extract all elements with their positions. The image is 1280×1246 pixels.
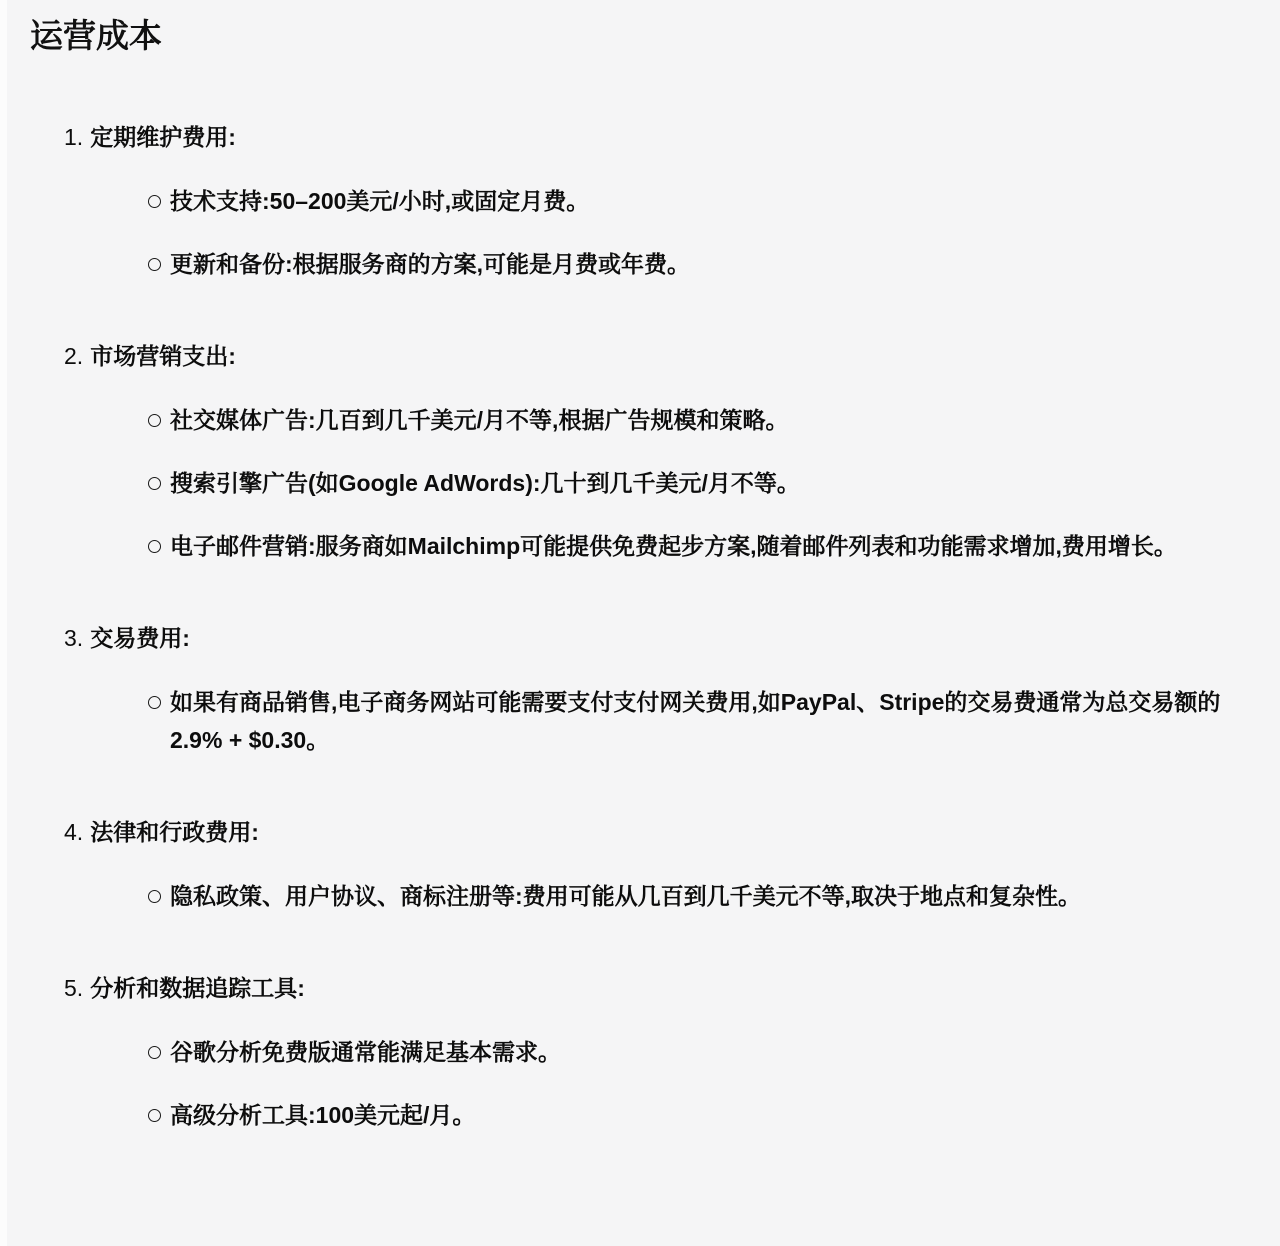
item-heading: 5.分析和数据追踪工具: [64, 969, 1240, 1007]
item-number: 1. [64, 124, 83, 150]
item-label: 定期维护费用: [90, 124, 236, 150]
document-page: 运营成本 1.定期维护费用: 技术支持:50–200美元/小时,或固定月费。 更… [0, 0, 1280, 1246]
item-label: 分析和数据追踪工具: [90, 975, 305, 1001]
circle-bullet-icon [148, 696, 161, 709]
circle-bullet-icon [148, 414, 161, 427]
bullet-text: 如果有商品销售,电子商务网站可能需要支付支付网关费用,如PayPal、Strip… [170, 683, 1240, 759]
item-label: 交易费用: [90, 625, 190, 651]
list-item: 2.市场营销支出: 社交媒体广告:几百到几千美元/月不等,根据广告规模和策略。 … [64, 337, 1240, 565]
sub-bullet-list: 技术支持:50–200美元/小时,或固定月费。 更新和备份:根据服务商的方案,可… [64, 182, 1240, 283]
bullet-text: 搜索引擎广告(如Google AdWords):几十到几千美元/月不等。 [170, 464, 1240, 502]
bullet-item: 如果有商品销售,电子商务网站可能需要支付支付网关费用,如PayPal、Strip… [148, 683, 1240, 759]
bullet-text: 技术支持:50–200美元/小时,或固定月费。 [170, 182, 1240, 220]
sub-bullet-list: 如果有商品销售,电子商务网站可能需要支付支付网关费用,如PayPal、Strip… [64, 683, 1240, 759]
bullet-item: 隐私政策、用户协议、商标注册等:费用可能从几百到几千美元不等,取决于地点和复杂性… [148, 877, 1240, 915]
circle-bullet-icon [148, 1109, 161, 1122]
sub-bullet-list: 谷歌分析免费版通常能满足基本需求。 高级分析工具:100美元起/月。 [64, 1033, 1240, 1134]
item-heading: 1.定期维护费用: [64, 118, 1240, 156]
bullet-item: 电子邮件营销:服务商如Mailchimp可能提供免费起步方案,随着邮件列表和功能… [148, 527, 1240, 565]
list-item: 1.定期维护费用: 技术支持:50–200美元/小时,或固定月费。 更新和备份:… [64, 118, 1240, 283]
bullet-text: 电子邮件营销:服务商如Mailchimp可能提供免费起步方案,随着邮件列表和功能… [170, 527, 1240, 565]
bullet-text: 更新和备份:根据服务商的方案,可能是月费或年费。 [170, 245, 1240, 283]
list-item: 3.交易费用: 如果有商品销售,电子商务网站可能需要支付支付网关费用,如PayP… [64, 619, 1240, 759]
numbered-list: 1.定期维护费用: 技术支持:50–200美元/小时,或固定月费。 更新和备份:… [0, 118, 1280, 1134]
item-number: 2. [64, 343, 83, 369]
circle-bullet-icon [148, 258, 161, 271]
list-item: 4.法律和行政费用: 隐私政策、用户协议、商标注册等:费用可能从几百到几千美元不… [64, 813, 1240, 915]
page-title: 运营成本 [0, 0, 1280, 59]
sub-bullet-list: 隐私政策、用户协议、商标注册等:费用可能从几百到几千美元不等,取决于地点和复杂性… [64, 877, 1240, 915]
circle-bullet-icon [148, 195, 161, 208]
bullet-item: 高级分析工具:100美元起/月。 [148, 1096, 1240, 1134]
item-number: 4. [64, 819, 83, 845]
item-label: 市场营销支出: [90, 343, 236, 369]
item-heading: 3.交易费用: [64, 619, 1240, 657]
circle-bullet-icon [148, 540, 161, 553]
bullet-item: 谷歌分析免费版通常能满足基本需求。 [148, 1033, 1240, 1071]
item-number: 5. [64, 975, 83, 1001]
bullet-text: 社交媒体广告:几百到几千美元/月不等,根据广告规模和策略。 [170, 401, 1240, 439]
circle-bullet-icon [148, 477, 161, 490]
bullet-text: 高级分析工具:100美元起/月。 [170, 1096, 1240, 1134]
sub-bullet-list: 社交媒体广告:几百到几千美元/月不等,根据广告规模和策略。 搜索引擎广告(如Go… [64, 401, 1240, 565]
page-left-edge [0, 0, 7, 1246]
item-heading: 2.市场营销支出: [64, 337, 1240, 375]
bullet-text: 隐私政策、用户协议、商标注册等:费用可能从几百到几千美元不等,取决于地点和复杂性… [170, 877, 1240, 915]
bullet-item: 更新和备份:根据服务商的方案,可能是月费或年费。 [148, 245, 1240, 283]
bullet-text: 谷歌分析免费版通常能满足基本需求。 [170, 1033, 1240, 1071]
item-number: 3. [64, 625, 83, 651]
circle-bullet-icon [148, 890, 161, 903]
list-item: 5.分析和数据追踪工具: 谷歌分析免费版通常能满足基本需求。 高级分析工具:10… [64, 969, 1240, 1134]
item-heading: 4.法律和行政费用: [64, 813, 1240, 851]
bullet-item: 社交媒体广告:几百到几千美元/月不等,根据广告规模和策略。 [148, 401, 1240, 439]
item-label: 法律和行政费用: [90, 819, 259, 845]
circle-bullet-icon [148, 1046, 161, 1059]
bullet-item: 技术支持:50–200美元/小时,或固定月费。 [148, 182, 1240, 220]
bullet-item: 搜索引擎广告(如Google AdWords):几十到几千美元/月不等。 [148, 464, 1240, 502]
